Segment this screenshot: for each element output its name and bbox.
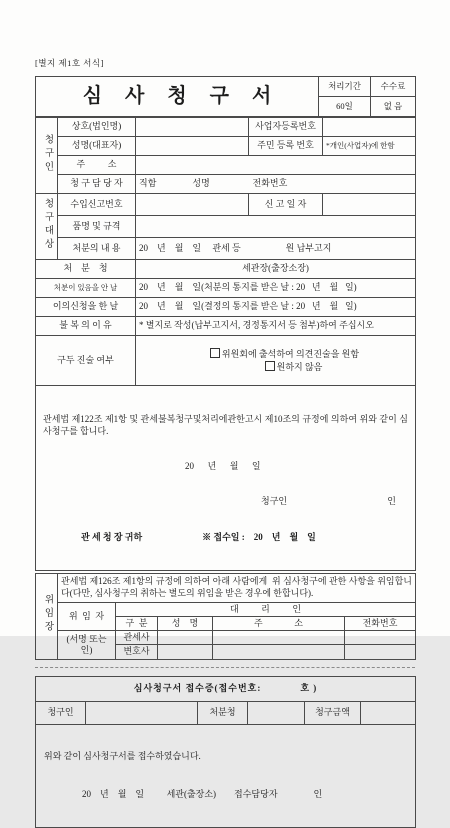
checkbox-decline-icon[interactable] (265, 361, 275, 371)
delegation-table: 위임장 관세법 제126조 제1항의 규정에 의하여 아래 사람에게 위 심사청… (35, 573, 416, 660)
receipt-agency-field[interactable] (248, 701, 305, 724)
agent2-phone-field[interactable] (345, 645, 416, 659)
fee-value: 없 음 (371, 97, 416, 117)
trade-name-field[interactable] (136, 118, 249, 137)
fee-label: 수수료 (371, 77, 416, 97)
review-request-form: [별지 제1호 서식] 심 사 청 구 서 처리기간 수수료 60일 없 음 청… (0, 0, 450, 636)
subject-group-label: 청구대상 (36, 194, 58, 260)
declaration-addressee: 관 세 청 장 귀하 (81, 532, 142, 543)
import-no-label: 수입신고번호 (58, 194, 136, 216)
agent2-name-field[interactable] (158, 645, 213, 659)
oral-option-attend: 위원회에 출석하여 의견진술을 원함 (222, 349, 359, 359)
agent1-address-field[interactable] (213, 631, 345, 645)
oral-statement-label: 구두 진술 여부 (36, 336, 136, 386)
main-table: 청구인 상호(법인명) 사업자등록번호 성명(대표자) 주민 등록 번호 *개인… (35, 117, 416, 571)
address-label: 주 소 (58, 156, 136, 175)
claimant-group-label: 청구인 (36, 118, 58, 194)
receipt-agency-label: 처분청 (198, 701, 248, 724)
processing-period-label: 처리기간 (319, 77, 371, 97)
agent1-phone-field[interactable] (345, 631, 416, 645)
delegation-group-label: 위임장 (36, 573, 58, 659)
disposition-label: 처분의 내 용 (58, 238, 136, 260)
declaration-seal-label: 인 (387, 496, 396, 507)
decl-date-label: 신 고 일 자 (249, 194, 323, 216)
manager-fields: 직함 성명 전화번호 (136, 175, 416, 194)
oral-statement-options: 위원회에 출석하여 의견진술을 원함 원하지 않음 (136, 336, 416, 386)
rep-name-label: 성명(대표자) (58, 137, 136, 156)
receipt-date-line: 20 년 월 일 세관(출장소) 접수담당자 인 (82, 789, 407, 800)
agent-col-phone: 전화번호 (345, 616, 416, 630)
delegator-sign-note: (서명 또는 인) (58, 631, 116, 660)
biz-no-label: 사업자등록번호 (249, 118, 323, 137)
trade-name-label: 상호(법인명) (58, 118, 136, 137)
delegation-group-text: 위임장 (41, 594, 53, 635)
processing-period-value: 60일 (319, 97, 371, 117)
subject-group-text: 청구대상 (41, 198, 53, 252)
receipt-amount-label: 청구금액 (305, 701, 361, 724)
agency-value: 세관장(출장소장) (136, 260, 416, 279)
agent-col-name: 성 명 (158, 616, 213, 630)
declaration-block: 관세법 제122조 제1항 및 관세불복청구및처리에관한고시 제10조의 규정에… (36, 386, 416, 571)
agent1-name-field[interactable] (158, 631, 213, 645)
form-note: [별지 제1호 서식] (35, 57, 415, 69)
goods-label: 품명 및 규격 (58, 216, 136, 238)
aware-date-value: 20 년 월 일(처분의 통지를 받은 날 : 20 년 월 일) (136, 279, 416, 298)
agent2-address-field[interactable] (213, 645, 345, 659)
resident-no-label: 주민 등록 번호 (249, 137, 323, 156)
disposition-value: 20 년 월 일 관세 등 원 납부고지 (136, 238, 416, 260)
goods-field[interactable] (136, 216, 416, 238)
receipt-table: 심사청구서 접수증(접수번호: 호 ) 청구인 처분청 청구금액 위와 같이 심… (35, 676, 416, 828)
title-table: 심 사 청 구 서 처리기간 수수료 60일 없 음 (35, 76, 416, 117)
objection-date-value: 20 년 월 일(결정의 통지를 받은 날 : 20 년 월 일) (136, 298, 416, 317)
resident-no-note: *개인(사업자)에 한함 (323, 137, 416, 156)
import-no-field[interactable] (136, 194, 249, 216)
address-field[interactable] (136, 156, 416, 175)
declaration-claimant-label: 청구인 (261, 496, 287, 507)
agent-col-address: 주 소 (213, 616, 345, 630)
receipt-confirm-block: 위와 같이 심사청구서를 접수하였습니다. 20 년 월 일 세관(출장소) 접… (36, 724, 416, 827)
receipt-claimant-label: 청구인 (36, 701, 86, 724)
biz-no-field[interactable] (323, 118, 416, 137)
declaration-text: 관세법 제122조 제1항 및 관세불복청구및처리에관한고시 제10조의 규정에… (43, 413, 408, 437)
agent-type-customs-broker: 관세사 (116, 631, 158, 645)
agent-type-lawyer: 변호사 (116, 645, 158, 659)
declaration-date: 20 년 월 일 (185, 461, 408, 472)
receipt-amount-field[interactable] (361, 701, 416, 724)
agency-label: 처 분 청 (36, 260, 136, 279)
agent-col-type: 구 분 (116, 616, 158, 630)
reason-label: 불 복 의 이 유 (36, 317, 136, 336)
rep-name-field[interactable] (136, 137, 249, 156)
receipt-confirm-text: 위와 같이 심사청구서를 접수하였습니다. (44, 751, 407, 762)
declaration-received-line: ※ 접수일 : 20 년 월 일 (202, 532, 316, 543)
cut-line (35, 667, 415, 668)
reason-value: * 별지로 작성(납부고지서, 경정통지서 등 첨부)하여 주십시오 (136, 317, 416, 336)
receipt-title: 심사청구서 접수증(접수번호: 호 ) (36, 676, 416, 701)
aware-date-label: 처분이 있음을 안 날 (36, 279, 136, 298)
form-title: 심 사 청 구 서 (36, 77, 319, 117)
agent-header: 대 리 인 (116, 602, 416, 616)
objection-date-label: 이의신청을 한 날 (36, 298, 136, 317)
delegator-label: 위 임 자 (58, 602, 116, 631)
delegation-text: 관세법 제126조 제1항의 규정에 의하여 아래 사람에게 위 심사청구에 관… (58, 573, 416, 602)
decl-date-field[interactable] (323, 194, 416, 216)
receipt-claimant-field[interactable] (86, 701, 198, 724)
checkbox-attend-icon[interactable] (210, 348, 220, 358)
claimant-group-text: 청구인 (41, 134, 53, 175)
oral-option-decline: 원하지 않음 (277, 362, 323, 372)
manager-label: 청 구 담 당 자 (58, 175, 136, 194)
